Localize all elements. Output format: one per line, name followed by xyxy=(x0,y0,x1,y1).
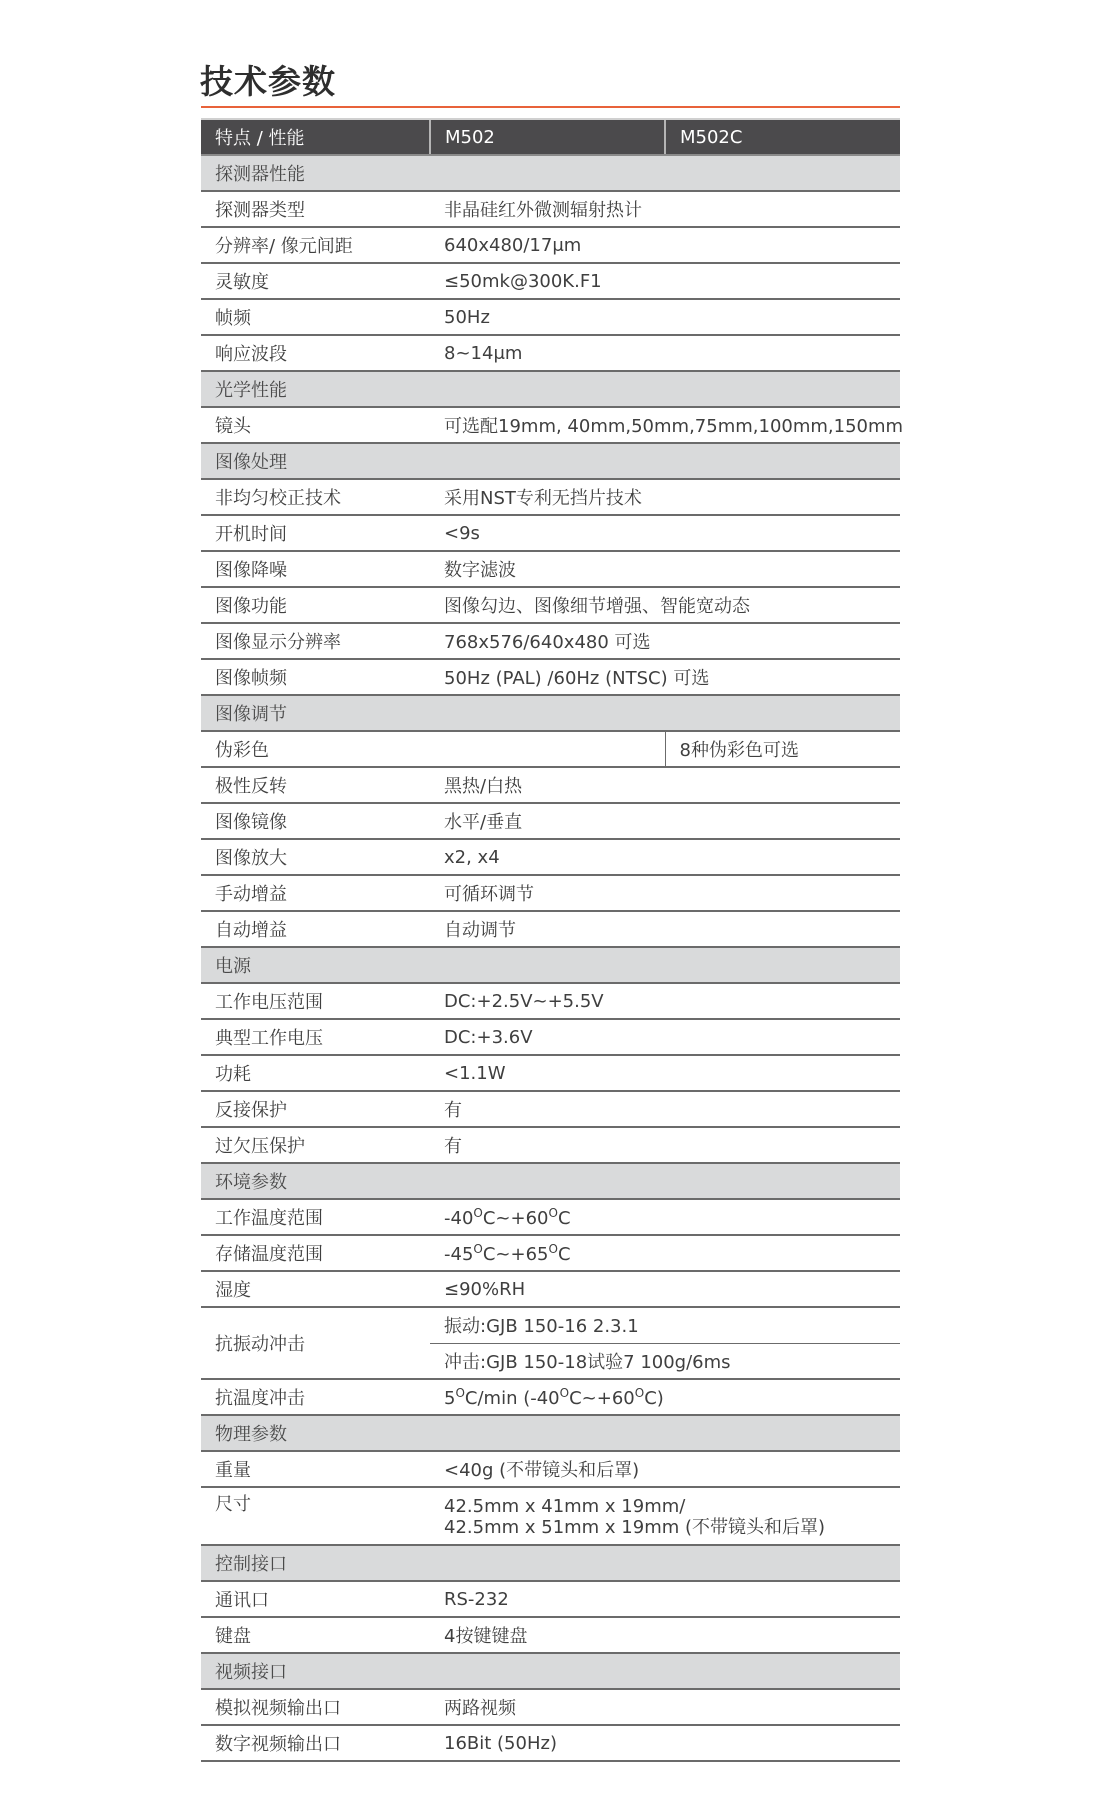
row-label: 通讯口 xyxy=(201,1581,430,1617)
row-value-m502 xyxy=(430,731,665,767)
table-row: 尺寸 42.5mm x 41mm x 19mm/42.5mm x 51mm x … xyxy=(201,1487,900,1545)
size-line-1: 42.5mm x 41mm x 19mm/ xyxy=(444,1496,900,1517)
table-row: 图像放大x2, x4 xyxy=(201,839,900,875)
degree-symbol: O xyxy=(455,1386,464,1400)
row-label: 非均匀校正技术 xyxy=(201,479,430,515)
row-value: 采用NST专利无挡片技术 xyxy=(430,479,900,515)
row-value: RS-232 xyxy=(430,1581,900,1617)
row-value: -45OC~+65OC xyxy=(430,1235,900,1271)
table-row: 过欠压保护有 xyxy=(201,1127,900,1163)
row-value: 5OC/min (-40OC~+60OC) xyxy=(430,1379,900,1415)
table-row: 反接保护有 xyxy=(201,1091,900,1127)
table-row: 自动增益自动调节 xyxy=(201,911,900,947)
table-row: 工作电压范围DC:+2.5V~+5.5V xyxy=(201,983,900,1019)
table-row: 非均匀校正技术采用NST专利无挡片技术 xyxy=(201,479,900,515)
table-row: 功耗<1.1W xyxy=(201,1055,900,1091)
table-header: 特点 / 性能 M502 M502C xyxy=(201,119,900,155)
row-label: 灵敏度 xyxy=(201,263,430,299)
row-label: 图像功能 xyxy=(201,587,430,623)
row-value: 8~14μm xyxy=(430,335,900,371)
row-label: 尺寸 xyxy=(201,1487,430,1545)
row-label: 抗振动冲击 xyxy=(201,1307,430,1379)
table-row: 存储温度范围 -45OC~+65OC xyxy=(201,1235,900,1271)
table-row: 模拟视频输出口两路视频 xyxy=(201,1689,900,1725)
row-value: 图像勾边、图像细节增强、智能宽动态 xyxy=(430,587,900,623)
value-part: -45 xyxy=(444,1244,473,1265)
row-value: 数字滤波 xyxy=(430,551,900,587)
table-row: 图像帧频50Hz (PAL) /60Hz (NTSC) 可选 xyxy=(201,659,900,695)
value-part: C xyxy=(558,1244,571,1265)
table-row: 极性反转黑热/白热 xyxy=(201,767,900,803)
row-value: ≤50mk@300K.F1 xyxy=(430,263,900,299)
size-line-2: 42.5mm x 51mm x 19mm (不带镜头和后罩) xyxy=(444,1517,900,1538)
row-value: -40OC~+60OC xyxy=(430,1199,900,1235)
header-feature: 特点 / 性能 xyxy=(201,119,430,155)
spec-table: 特点 / 性能 M502 M502C 探测器性能 探测器类型非晶硅红外微测辐射热… xyxy=(201,118,900,1762)
section-title: 光学性能 xyxy=(201,371,900,407)
row-label: 重量 xyxy=(201,1451,430,1487)
section-detector: 探测器性能 xyxy=(201,155,900,191)
degree-symbol: O xyxy=(549,1206,558,1220)
row-value-vibration: 振动:GJB 150-16 2.3.1 xyxy=(430,1307,900,1343)
row-value: DC:+3.6V xyxy=(430,1019,900,1055)
row-label: 存储温度范围 xyxy=(201,1235,430,1271)
section-title: 图像调节 xyxy=(201,695,900,731)
row-value: 42.5mm x 41mm x 19mm/42.5mm x 51mm x 19m… xyxy=(430,1487,900,1545)
section-title: 电源 xyxy=(201,947,900,983)
row-label: 图像帧频 xyxy=(201,659,430,695)
row-label: 极性反转 xyxy=(201,767,430,803)
page-title: 技术参数 xyxy=(200,56,336,103)
row-label: 模拟视频输出口 xyxy=(201,1689,430,1725)
value-part: C~+60 xyxy=(569,1388,635,1409)
table-row: 手动增益可循环调节 xyxy=(201,875,900,911)
row-value: 50Hz xyxy=(430,299,900,335)
table-row: 图像镜像水平/垂直 xyxy=(201,803,900,839)
row-value: 16Bit (50Hz) xyxy=(430,1725,900,1761)
value-part: C~+60 xyxy=(483,1208,549,1229)
row-value: <9s xyxy=(430,515,900,551)
section-title: 环境参数 xyxy=(201,1163,900,1199)
row-label: 图像镜像 xyxy=(201,803,430,839)
row-value: 黑热/白热 xyxy=(430,767,900,803)
table-row: 灵敏度≤50mk@300K.F1 xyxy=(201,263,900,299)
row-label: 开机时间 xyxy=(201,515,430,551)
row-value: 有 xyxy=(430,1127,900,1163)
section-environment: 环境参数 xyxy=(201,1163,900,1199)
row-value: 50Hz (PAL) /60Hz (NTSC) 可选 xyxy=(430,659,900,695)
row-label: 镜头 xyxy=(201,407,430,443)
table-row: 分辨率/ 像元间距640x480/17μm xyxy=(201,227,900,263)
row-label: 湿度 xyxy=(201,1271,430,1307)
row-value: ≤90%RH xyxy=(430,1271,900,1307)
row-label: 伪彩色 xyxy=(201,731,430,767)
row-label: 图像降噪 xyxy=(201,551,430,587)
row-value: <40g (不带镜头和后罩) xyxy=(430,1451,900,1487)
row-value: 可循环调节 xyxy=(430,875,900,911)
value-part: 5 xyxy=(444,1388,455,1409)
row-label: 反接保护 xyxy=(201,1091,430,1127)
value-part: C) xyxy=(644,1388,664,1409)
row-label: 键盘 xyxy=(201,1617,430,1653)
row-value: x2, x4 xyxy=(430,839,900,875)
section-physical: 物理参数 xyxy=(201,1415,900,1451)
table-row: 抗温度冲击 5OC/min (-40OC~+60OC) xyxy=(201,1379,900,1415)
table-row: 帧频50Hz xyxy=(201,299,900,335)
section-title: 控制接口 xyxy=(201,1545,900,1581)
value-part: -40 xyxy=(444,1208,473,1229)
table-row: 图像功能图像勾边、图像细节增强、智能宽动态 xyxy=(201,587,900,623)
row-label: 工作电压范围 xyxy=(201,983,430,1019)
row-label: 帧频 xyxy=(201,299,430,335)
row-label: 手动增益 xyxy=(201,875,430,911)
row-value: 自动调节 xyxy=(430,911,900,947)
value-part: C/min (-40 xyxy=(465,1388,560,1409)
section-title: 探测器性能 xyxy=(201,155,900,191)
row-label: 自动增益 xyxy=(201,911,430,947)
row-value: DC:+2.5V~+5.5V xyxy=(430,983,900,1019)
value-part: C xyxy=(558,1208,571,1229)
section-title: 物理参数 xyxy=(201,1415,900,1451)
section-image-processing: 图像处理 xyxy=(201,443,900,479)
row-value: 水平/垂直 xyxy=(430,803,900,839)
header-m502: M502 xyxy=(430,119,665,155)
header-m502c: M502C xyxy=(665,119,900,155)
section-power: 电源 xyxy=(201,947,900,983)
row-value: 768x576/640x480 可选 xyxy=(430,623,900,659)
table-row: 图像降噪数字滤波 xyxy=(201,551,900,587)
degree-symbol: O xyxy=(560,1386,569,1400)
row-value: 640x480/17μm xyxy=(430,227,900,263)
row-value: 有 xyxy=(430,1091,900,1127)
section-video: 视频接口 xyxy=(201,1653,900,1689)
degree-symbol: O xyxy=(473,1206,482,1220)
section-optics: 光学性能 xyxy=(201,371,900,407)
row-value: 4按键键盘 xyxy=(430,1617,900,1653)
value-part: C~+65 xyxy=(483,1244,549,1265)
table-row: 镜头可选配19mm, 40mm,50mm,75mm,100mm,150mm xyxy=(201,407,900,443)
row-label: 图像显示分辨率 xyxy=(201,623,430,659)
table-row: 抗振动冲击 振动:GJB 150-16 2.3.1 xyxy=(201,1307,900,1343)
row-label: 典型工作电压 xyxy=(201,1019,430,1055)
table-row: 重量<40g (不带镜头和后罩) xyxy=(201,1451,900,1487)
table-row: 伪彩色 8种伪彩色可选 xyxy=(201,731,900,767)
section-control: 控制接口 xyxy=(201,1545,900,1581)
table-row: 工作温度范围 -40OC~+60OC xyxy=(201,1199,900,1235)
degree-symbol: O xyxy=(473,1242,482,1256)
title-underline xyxy=(201,106,900,108)
row-label: 工作温度范围 xyxy=(201,1199,430,1235)
row-value-m502c: 8种伪彩色可选 xyxy=(665,731,900,767)
table-row: 响应波段8~14μm xyxy=(201,335,900,371)
section-image-adjust: 图像调节 xyxy=(201,695,900,731)
row-label: 功耗 xyxy=(201,1055,430,1091)
row-value: 可选配19mm, 40mm,50mm,75mm,100mm,150mm xyxy=(430,407,900,443)
table-row: 探测器类型非晶硅红外微测辐射热计 xyxy=(201,191,900,227)
row-value-impact: 冲击:GJB 150-18试验7 100g/6ms xyxy=(430,1343,900,1379)
table-row: 开机时间<9s xyxy=(201,515,900,551)
table-row: 数字视频输出口16Bit (50Hz) xyxy=(201,1725,900,1761)
row-label: 探测器类型 xyxy=(201,191,430,227)
row-label: 图像放大 xyxy=(201,839,430,875)
table-row: 键盘4按键键盘 xyxy=(201,1617,900,1653)
row-value: <1.1W xyxy=(430,1055,900,1091)
degree-symbol: O xyxy=(549,1242,558,1256)
row-value: 两路视频 xyxy=(430,1689,900,1725)
row-label: 过欠压保护 xyxy=(201,1127,430,1163)
degree-symbol: O xyxy=(635,1386,644,1400)
section-title: 视频接口 xyxy=(201,1653,900,1689)
table-row: 通讯口RS-232 xyxy=(201,1581,900,1617)
row-label: 抗温度冲击 xyxy=(201,1379,430,1415)
row-label: 数字视频输出口 xyxy=(201,1725,430,1761)
section-title: 图像处理 xyxy=(201,443,900,479)
table-row: 图像显示分辨率768x576/640x480 可选 xyxy=(201,623,900,659)
table-row: 典型工作电压DC:+3.6V xyxy=(201,1019,900,1055)
row-label: 分辨率/ 像元间距 xyxy=(201,227,430,263)
table-row: 湿度≤90%RH xyxy=(201,1271,900,1307)
row-value: 非晶硅红外微测辐射热计 xyxy=(430,191,900,227)
row-label: 响应波段 xyxy=(201,335,430,371)
